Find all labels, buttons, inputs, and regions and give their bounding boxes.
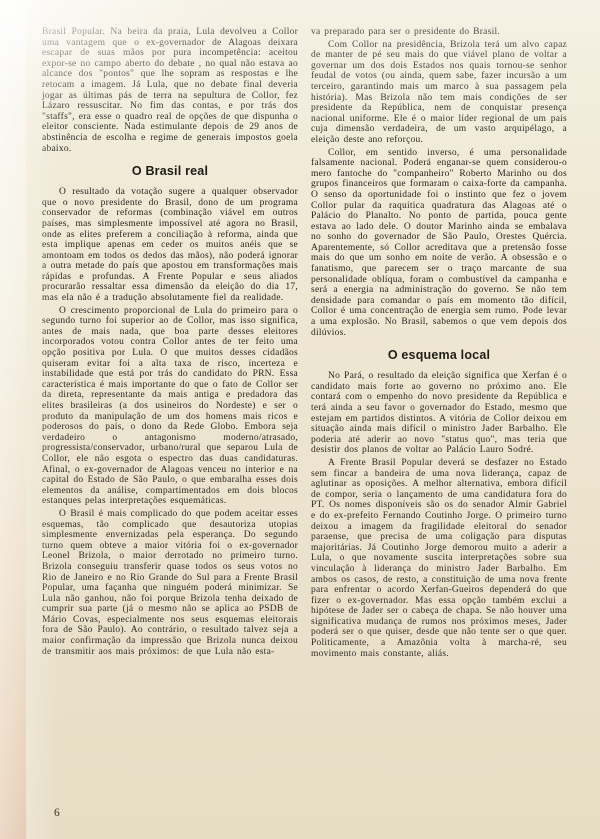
section-heading-esquema-local: O esquema local (311, 348, 567, 362)
paragraph: Com Collor na presidência, Brizola terá … (311, 40, 567, 146)
paragraph: O Brasil é mais complicado do que podem … (42, 509, 298, 657)
section-heading-brasil-real: O Brasil real (42, 164, 298, 178)
paragraph: Collor, em sentido inverso, é uma person… (311, 148, 567, 339)
paragraph: O crescimento proporcional de Lula do pr… (42, 306, 298, 507)
scanned-magazine-page: Brasil Popular. Na beira da praia, Lula … (0, 0, 600, 839)
paragraph: A Frente Brasil Popular deverá se desfaz… (311, 458, 567, 659)
right-column: va preparado para ser o presidente do Br… (311, 27, 567, 661)
left-column: Brasil Popular. Na beira da praia, Lula … (42, 27, 298, 661)
page-number: 6 (54, 807, 60, 819)
paragraph-continuation: Brasil Popular. Na beira da praia, Lula … (42, 27, 298, 154)
page-scan-edge (0, 0, 26, 839)
paragraph: No Pará, o resultado da eleição signific… (311, 371, 567, 456)
paragraph-continuation: va preparado para ser o presidente do Br… (311, 27, 567, 38)
page-content: Brasil Popular. Na beira da praia, Lula … (42, 27, 567, 661)
paragraph: O resultado da votação sugere a qualquer… (42, 187, 298, 304)
